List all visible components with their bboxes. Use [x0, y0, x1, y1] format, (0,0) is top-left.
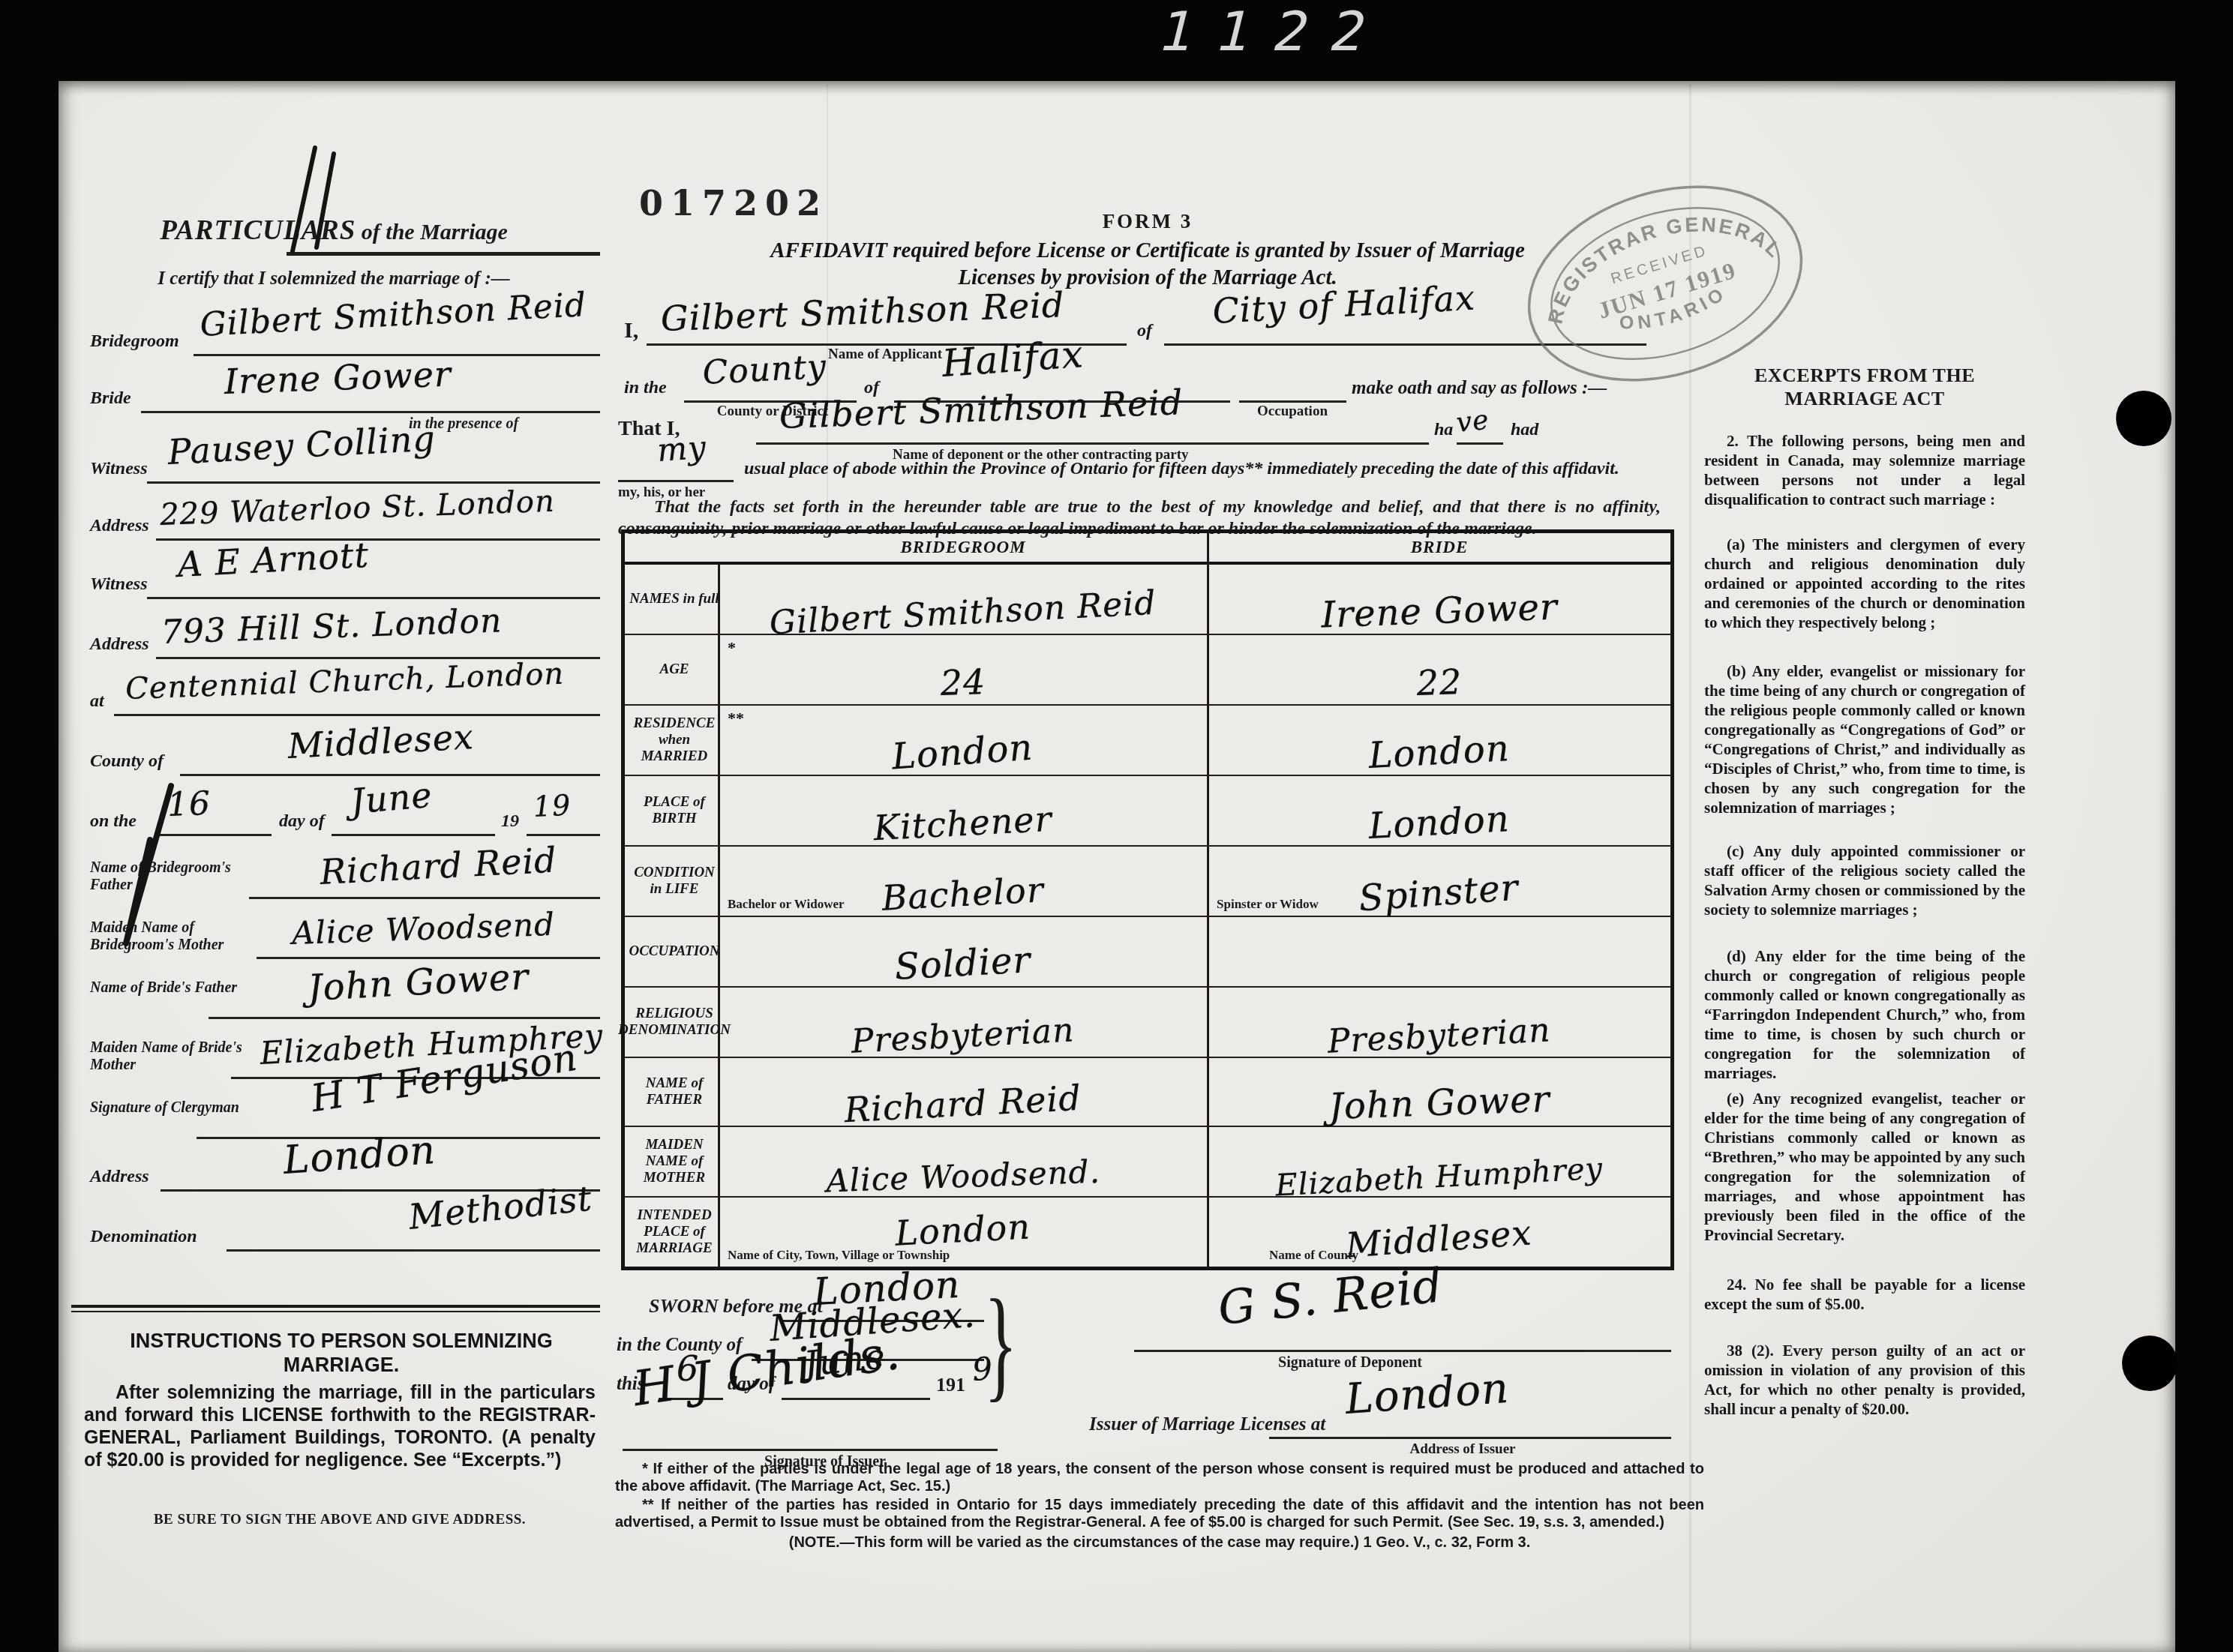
- bride-father-value: John Gower: [1328, 1078, 1550, 1128]
- table-row-occupation: OCCUPATION Soldier: [625, 917, 1670, 988]
- groom-cell: Kitchener: [720, 776, 1207, 845]
- hole-punch: [2122, 1336, 2177, 1391]
- blank-line: [1457, 442, 1503, 445]
- of-word: of: [1137, 321, 1152, 341]
- label-bride-father: Name of Bride's Father: [90, 979, 251, 997]
- label-clergy-address: Address: [90, 1167, 149, 1187]
- double-asterisk-note: **: [728, 709, 744, 728]
- section-divider: [71, 1311, 600, 1312]
- intended-place-sublabel: Name of City, Town, Village or Township: [728, 1248, 950, 1263]
- field-line: [527, 834, 600, 836]
- field-line: [257, 957, 600, 959]
- registrar-general-received-stamp: REGISTRAR GENERAL RECEIVED JUN 17 1919 O…: [1514, 166, 1817, 400]
- groom-cell: Richard Reid: [720, 1058, 1207, 1126]
- label-day-of: day of: [279, 811, 325, 832]
- table-row-names: NAMES in full Gilbert Smithson Reid Iren…: [625, 565, 1670, 635]
- year-printed: 191: [936, 1374, 965, 1396]
- field-line: [249, 897, 600, 899]
- label-witness-1: Witness: [90, 459, 147, 479]
- bride-residence-value: London: [1367, 727, 1511, 777]
- bride-cell: London: [1209, 776, 1670, 845]
- bride-cell: Middlesex Name of County: [1209, 1198, 1670, 1267]
- my-handwritten: my: [656, 429, 708, 469]
- excerpt-paragraph-e: (e) Any recognized evangelist, teacher o…: [1704, 1089, 2025, 1245]
- bride-religion-value: Presbyterian: [1326, 1011, 1551, 1061]
- section-divider: [71, 1305, 600, 1308]
- issuer-at-label: Issuer of Marriage Licenses at: [1089, 1414, 1325, 1435]
- bride-cell: Irene Gower: [1209, 565, 1670, 634]
- row-label: AGE: [625, 635, 724, 704]
- blank-line: [1269, 1437, 1671, 1439]
- value-year: 19: [533, 788, 572, 823]
- row-label: RESIDENCE when MARRIED: [625, 706, 724, 775]
- label-at-church: at: [90, 691, 104, 712]
- bride-cell: John Gower: [1209, 1058, 1670, 1126]
- row-label: INTENDED PLACE of MARRIAGE: [625, 1198, 724, 1267]
- county-sublabel: Name of County: [1269, 1248, 1358, 1263]
- bride-condition-value: Spinster: [1357, 867, 1520, 920]
- groom-column-header: BRIDEGROOM: [719, 538, 1207, 562]
- blank-line: [756, 442, 1429, 445]
- label-address-2: Address: [90, 634, 149, 655]
- groom-occupation-value: Soldier: [893, 939, 1031, 988]
- groom-cell: London Name of City, Town, Village or To…: [720, 1198, 1207, 1267]
- field-line: [147, 481, 600, 484]
- groom-cell: Gilbert Smithson Reid: [720, 565, 1207, 634]
- certify-line: I certify that I solemnized the marriage…: [71, 268, 596, 289]
- table-row-father: NAME of FATHER Richard Reid John Gower: [625, 1058, 1670, 1127]
- bridegroom-bride-table: BRIDEGROOM BRIDE NAMES in full Gilbert S…: [621, 529, 1674, 1270]
- blank-line: [782, 1398, 930, 1400]
- blank-line: [618, 480, 734, 482]
- groom-father-value: Richard Reid: [843, 1078, 1082, 1130]
- ha-prefix: ha: [1434, 420, 1453, 440]
- groom-cell: Presbyterian: [720, 988, 1207, 1057]
- excerpt-paragraph-24: 24. No fee shall be payable for a licens…: [1704, 1275, 2025, 1314]
- excerpt-paragraph-c: (c) Any duly appointed commissioner or s…: [1704, 841, 2025, 919]
- groom-age-value: 24: [939, 661, 986, 703]
- field-line: [141, 411, 600, 413]
- groom-cell: Alice Woodsend.: [720, 1127, 1207, 1196]
- signature-line: [1134, 1350, 1671, 1352]
- bride-cell: Elizabeth Humphrey: [1209, 1127, 1670, 1196]
- brace-glyph: }: [984, 1284, 1017, 1404]
- table-row-age: AGE * 24 22: [625, 635, 1670, 706]
- field-line: [227, 1249, 600, 1252]
- archive-page-number: 1122: [1154, 0, 1397, 63]
- row-label: PLACE of BIRTH: [625, 776, 724, 845]
- table-row-religion: RELIGIOUS DENOMINATION Presbyterian Pres…: [625, 988, 1670, 1058]
- bride-cell: Presbyterian: [1209, 988, 1670, 1057]
- excerpt-paragraph-38: 38 (2). Every person guilty of an act or…: [1704, 1341, 2025, 1419]
- instructions-title: INSTRUCTIONS TO PERSON SOLEMNIZING MARRI…: [94, 1329, 589, 1377]
- footnote-consent: * If either of the parties is under the …: [615, 1461, 1704, 1495]
- bride-mother-value: Elizabeth Humphrey: [1274, 1152, 1604, 1204]
- groom-cell: Bachelor Bachelor or Widower: [720, 847, 1207, 916]
- row-label: NAMES in full: [625, 565, 724, 634]
- groom-name-value: Gilbert Smithson Reid: [768, 584, 1157, 643]
- label-address-1: Address: [90, 516, 149, 536]
- table-row-intended-place: INTENDED PLACE of MARRIAGE London Name o…: [625, 1198, 1670, 1267]
- bride-cell: 22: [1209, 635, 1670, 704]
- row-label: MAIDEN NAME of MOTHER: [625, 1127, 724, 1196]
- table-row-mother: MAIDEN NAME of MOTHER Alice Woodsend. El…: [625, 1127, 1670, 1198]
- instructions-body: After solemnizing the marriage, fill in …: [84, 1381, 596, 1471]
- ha-handwritten-ve: ve: [1455, 405, 1491, 439]
- label-year-printed: 19: [501, 811, 519, 832]
- county-value: County: [701, 347, 827, 392]
- field-line: [114, 714, 600, 716]
- bride-age-value: 22: [1415, 661, 1462, 703]
- field-line: [156, 538, 600, 541]
- label-bride: Bride: [90, 388, 131, 409]
- groom-cell: Soldier: [720, 917, 1207, 986]
- table-row-condition: CONDITION in LIFE Bachelor Bachelor or W…: [625, 847, 1670, 917]
- field-line: [147, 597, 600, 599]
- value-month: June: [349, 775, 434, 822]
- groom-mother-value: Alice Woodsend.: [825, 1153, 1100, 1200]
- check-mark: [278, 139, 345, 259]
- excerpt-paragraph-2: 2. The following persons, being men and …: [1704, 431, 2025, 509]
- row-label: OCCUPATION: [625, 917, 724, 986]
- footnote-residency: ** If neither of the parties has resided…: [615, 1497, 1704, 1531]
- label-denomination: Denomination: [90, 1227, 197, 1247]
- scanned-marriage-affidavit: 1122 017202 PARTICULARS of the Marriage …: [0, 0, 2233, 1652]
- field-line: [209, 1017, 600, 1019]
- hole-punch: [2116, 391, 2171, 446]
- groom-condition-value: Bachelor: [881, 869, 1045, 918]
- excerpt-paragraph-d: (d) Any elder for the time being of the …: [1704, 946, 2025, 1083]
- occupation-sublabel: Occupation: [1229, 403, 1356, 420]
- signature-line: [623, 1449, 998, 1451]
- in-the-prefix: in the: [624, 378, 667, 398]
- bride-column-header: BRIDE: [1208, 538, 1670, 562]
- label-bride-mother: Maiden Name of Bride's Mother: [90, 1039, 251, 1074]
- particulars-title-rest: of the Marriage: [356, 220, 508, 244]
- field-line: [180, 774, 600, 776]
- row-label: RELIGIOUS DENOMINATION: [625, 988, 724, 1057]
- label-clergyman-signature: Signature of Clergyman: [90, 1099, 251, 1117]
- groom-cell: ** London: [720, 706, 1207, 775]
- groom-residence-value: London: [890, 727, 1034, 778]
- bride-name-value: Irene Gower: [1320, 586, 1558, 637]
- bride-cell: [1209, 917, 1670, 986]
- issuer-address-label: Address of Issuer: [1358, 1441, 1568, 1458]
- footnote-note: (NOTE.—This form will be varied as the c…: [615, 1534, 1704, 1552]
- excerpt-paragraph-a: (a) The ministers and clergymen of every…: [1704, 535, 2025, 632]
- row-label: CONDITION in LIFE: [625, 847, 724, 916]
- groom-cell: * 24: [720, 635, 1207, 704]
- blank-line: [1239, 400, 1346, 403]
- table-row-residence: RESIDENCE when MARRIED ** London London: [625, 706, 1670, 776]
- label-bridegroom: Bridegroom: [90, 331, 179, 352]
- condition-sublabel: Bachelor or Widower: [728, 897, 845, 912]
- excerpt-paragraph-b: (b) Any elder, evangelist or missionary …: [1704, 661, 2025, 817]
- table-row-birthplace: PLACE of BIRTH Kitchener London: [625, 776, 1670, 847]
- check-mark-v: [105, 765, 195, 975]
- groom-religion-value: Presbyterian: [850, 1011, 1075, 1061]
- abode-text: usual place of abode within the Province…: [744, 459, 1619, 479]
- instructions-footer: BE SURE TO SIGN THE ABOVE AND GIVE ADDRE…: [84, 1512, 596, 1528]
- groom-birthplace-value: Kitchener: [872, 799, 1053, 848]
- had-word: had: [1511, 420, 1538, 440]
- row-label: NAME of FATHER: [625, 1058, 724, 1126]
- condition-sublabel: Spinster or Widow: [1217, 897, 1319, 912]
- bride-cell: Spinster Spinster or Widow: [1209, 847, 1670, 916]
- field-line: [332, 834, 495, 836]
- label-witness-2: Witness: [90, 574, 147, 595]
- bride-birthplace-value: London: [1367, 798, 1511, 847]
- bride-cell: London: [1209, 706, 1670, 775]
- i-prefix: I,: [624, 318, 638, 343]
- value-bride: Irene Gower: [224, 353, 452, 402]
- groom-intended-place-value: London: [893, 1206, 1031, 1253]
- asterisk-note: *: [728, 638, 736, 658]
